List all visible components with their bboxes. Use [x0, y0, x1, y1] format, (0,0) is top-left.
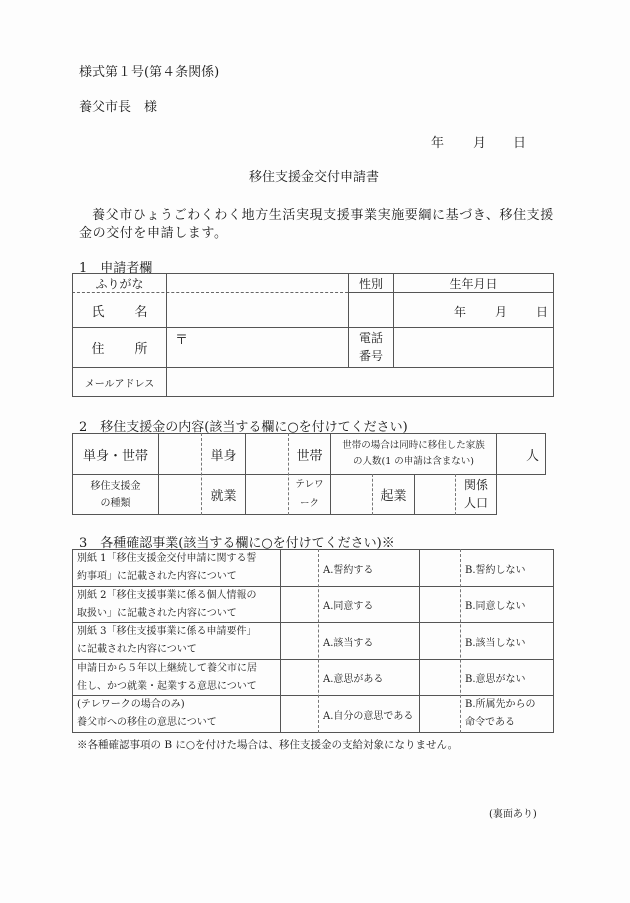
- intro-line-2: 金の交付を申請します。: [79, 222, 228, 241]
- phone-label: 電話 番号: [349, 328, 393, 367]
- option-a-label-5: A.自分の意思である: [319, 696, 419, 732]
- startup-mark-cell[interactable]: [331, 475, 372, 514]
- option-employment: 就業: [202, 475, 245, 514]
- birth-year-unit: 年: [454, 303, 466, 320]
- confirmation-item-5: (テレワークの場合のみ) 養父市への移住の意思について: [73, 696, 280, 732]
- option-telework: テレワ ーク: [289, 475, 330, 514]
- birth-day-unit: 日: [536, 303, 548, 320]
- date-month: 月: [473, 132, 486, 151]
- form-number: 様式第１号(第４条関係): [79, 61, 219, 80]
- option-b-mark-cell-5[interactable]: [420, 696, 460, 732]
- option-b-label-5: B.所属先からの 命令である: [461, 696, 553, 732]
- option-a-label-3: A.該当する: [319, 623, 419, 659]
- gender-input[interactable]: [349, 293, 393, 327]
- confirmation-item-2: 別紙 2「移住支援事業に係る個人情報の 取扱い」に記載された内容について: [73, 587, 280, 622]
- family-count-input[interactable]: 人: [497, 434, 545, 474]
- option-a-mark-cell-5[interactable]: [281, 696, 318, 732]
- option-a-mark-cell-4[interactable]: [281, 660, 318, 695]
- birthdate-input[interactable]: 年 月 日: [394, 293, 553, 327]
- option-single: 単身: [202, 434, 245, 474]
- employment-mark-cell[interactable]: [159, 475, 201, 514]
- option-a-mark-cell-1[interactable]: [281, 550, 318, 586]
- option-a-label-2: A.同意する: [319, 587, 419, 622]
- intro-line-1: 養父市ひょうごわくわく地方生活実現支援事業実施要綱に基づき、移住支援: [92, 204, 554, 223]
- option-b-label-1: B.誓約しない: [461, 550, 553, 586]
- option-a-mark-cell-3[interactable]: [281, 623, 318, 659]
- option-household: 世帯: [289, 434, 330, 474]
- telework-mark-cell[interactable]: [246, 475, 288, 514]
- option-a-label-4: A.意思がある: [319, 660, 419, 695]
- option-startup: 起業: [373, 475, 414, 514]
- option-b-label-3: B.該当しない: [461, 623, 553, 659]
- email-input[interactable]: [167, 368, 553, 396]
- birthdate-label: 生年月日: [394, 274, 553, 292]
- option-b-mark-cell-2[interactable]: [420, 587, 460, 622]
- gender-label: 性別: [349, 274, 393, 292]
- date-year: 年: [431, 132, 444, 151]
- reverse-side-note: (裏面あり): [489, 805, 537, 820]
- email-label: メールアドレス: [73, 368, 166, 396]
- postal-mark: 〒: [175, 329, 188, 348]
- document-title: 移住支援金交付申請書: [249, 166, 379, 185]
- single-mark-cell[interactable]: [159, 434, 201, 474]
- household-mark-cell[interactable]: [246, 434, 288, 474]
- option-b-mark-cell-4[interactable]: [420, 660, 460, 695]
- addressee: 養父市長 様: [79, 96, 157, 115]
- birth-month-unit: 月: [495, 303, 507, 320]
- address-label: 住 所: [73, 328, 166, 367]
- option-b-label-2: B.同意しない: [461, 587, 553, 622]
- name-label: 氏 名: [73, 293, 166, 327]
- confirmation-item-3: 別紙 3「移住支援事業に係る申請要件」 に記載された内容について: [73, 623, 280, 659]
- address-input[interactable]: 〒: [167, 328, 348, 367]
- phone-input[interactable]: [394, 328, 553, 367]
- confirmation-item-1: 別紙 1「移住支援金交付申請に関する誓 約事項」に記載された内容について: [73, 550, 280, 586]
- furigana-label: ふりがな: [73, 274, 166, 292]
- option-related-population: 関係 人口: [456, 475, 496, 514]
- name-input[interactable]: [167, 293, 348, 327]
- confirmation-item-4: 申請日から５年以上継続して養父市に居 住し、かつ就業・起業する意思について: [73, 660, 280, 695]
- furigana-input[interactable]: [167, 274, 348, 292]
- option-b-label-4: B.意思がない: [461, 660, 553, 695]
- option-a-label-1: A.誓約する: [319, 550, 419, 586]
- confirmation-note: ※各種確認事項の B に○を付けた場合は、移住支援金の支給対象になりません。: [77, 737, 458, 752]
- single-household-label: 単身・世帯: [73, 434, 158, 474]
- option-a-mark-cell-2[interactable]: [281, 587, 318, 622]
- date-day: 日: [513, 132, 526, 151]
- family-count-note: 世帯の場合は同時に移住した家族 の人数(1 の申請は含まない): [331, 434, 496, 474]
- support-kind-label: 移住支援金 の種類: [73, 475, 158, 514]
- option-b-mark-cell-3[interactable]: [420, 623, 460, 659]
- option-b-mark-cell-1[interactable]: [420, 550, 460, 586]
- persons-unit: 人: [526, 445, 539, 464]
- related-population-mark-cell[interactable]: [415, 475, 455, 514]
